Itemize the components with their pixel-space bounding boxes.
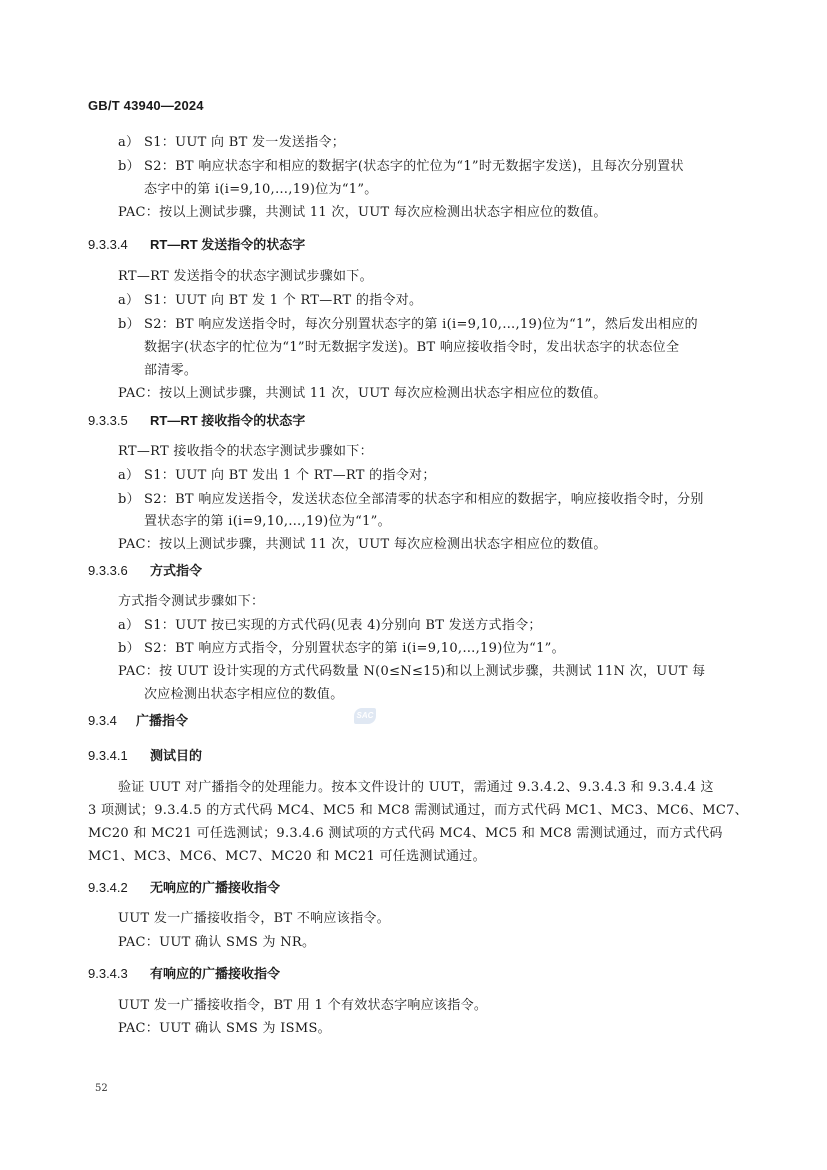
step-b-cont: 置状态字的第 i(i=9,10,…,19)位为“1”。 (144, 514, 391, 530)
paragraph-line: MC1、MC3、MC6、MC7、MC20 和 MC21 可任选测试通过。 (88, 849, 486, 865)
pac-statement: PAC：按以上测试步骤，共测试 11 次，UUT 每次应检测出状态字相应位的数值… (118, 386, 607, 402)
section-heading-934: 9.3.4广播指令 (88, 713, 188, 729)
step-a: a）S1：UUT 向 BT 发一发送指令； (118, 135, 345, 151)
step-b-cont: 态字中的第 i(i=9,10,…,19)位为“1”。 (144, 182, 378, 198)
step-a: a）S1：UUT 向 BT 发 1 个 RT—RT 的指令对。 (118, 293, 422, 309)
section-heading-9341: 9.3.4.1测试目的 (88, 748, 202, 764)
paragraph-line: 3 项测试；9.3.4.5 的方式代码 MC4、MC5 和 MC8 需测试通过，… (88, 803, 748, 819)
pac-statement-cont: 次应检测出状态字相应位的数值。 (144, 687, 344, 703)
section-intro: RT—RT 接收指令的状态字测试步骤如下： (118, 444, 373, 460)
section-heading-9336: 9.3.3.6方式指令 (88, 563, 202, 579)
pac-statement: PAC：按以上测试步骤，共测试 11 次，UUT 每次应检测出状态字相应位的数值… (118, 205, 607, 221)
step-b: b）S2：BT 响应发送指令，发送状态位全部清零的状态字和相应的数据字，响应接收… (118, 492, 704, 508)
section-heading-9343: 9.3.4.3有响应的广播接收指令 (88, 966, 280, 982)
section-intro: 方式指令测试步骤如下： (118, 594, 264, 610)
pac-statement: PAC：UUT 确认 SMS 为 ISMS。 (118, 1021, 331, 1037)
step-b: b）S2：BT 响应方式指令，分别置状态字的第 i(i=9,10,…,19)位为… (118, 641, 565, 657)
page-number: 52 (95, 1083, 108, 1094)
sac-watermark-logo: SAC (354, 708, 376, 724)
paragraph-line: UUT 发一广播接收指令，BT 不响应该指令。 (118, 911, 390, 927)
step-b: b）S2：BT 响应状态字和相应的数据字(状态字的忙位为“1”时无数据字发送)，… (118, 159, 684, 175)
step-b-cont: 部清零。 (144, 363, 197, 379)
paragraph-line: MC20 和 MC21 可任选测试；9.3.4.6 测试项的方式代码 MC4、M… (88, 826, 723, 842)
step-a: a）S1：UUT 按已实现的方式代码(见表 4)分别向 BT 发送方式指令； (118, 618, 542, 634)
section-heading-9334: 9.3.3.4RT—RT 发送指令的状态字 (88, 237, 305, 253)
pac-statement: PAC：按以上测试步骤，共测试 11 次，UUT 每次应检测出状态字相应位的数值… (118, 537, 607, 553)
pac-statement: PAC：UUT 确认 SMS 为 NR。 (118, 935, 315, 951)
step-a: a）S1：UUT 向 BT 发出 1 个 RT—RT 的指令对； (118, 468, 436, 484)
standard-number: GB/T 43940—2024 (88, 98, 204, 113)
step-b-cont: 数据字(状态字的忙位为“1”时无数据字发送)。BT 响应接收指令时，发出状态字的… (144, 340, 679, 356)
section-intro: RT—RT 发送指令的状态字测试步骤如下。 (118, 269, 373, 285)
step-b: b）S2：BT 响应发送指令时，每次分别置状态字的第 i(i=9,10,…,19… (118, 317, 698, 333)
section-heading-9335: 9.3.3.5RT—RT 接收指令的状态字 (88, 413, 305, 429)
paragraph-line: 验证 UUT 对广播指令的处理能力。按本文件设计的 UUT，需通过 9.3.4.… (118, 780, 714, 796)
paragraph-line: UUT 发一广播接收指令，BT 用 1 个有效状态字响应该指令。 (118, 998, 487, 1014)
section-heading-9342: 9.3.4.2无响应的广播接收指令 (88, 880, 280, 896)
pac-statement: PAC：按 UUT 设计实现的方式代码数量 N(0≤N≤15)和以上测试步骤，共… (118, 664, 705, 680)
